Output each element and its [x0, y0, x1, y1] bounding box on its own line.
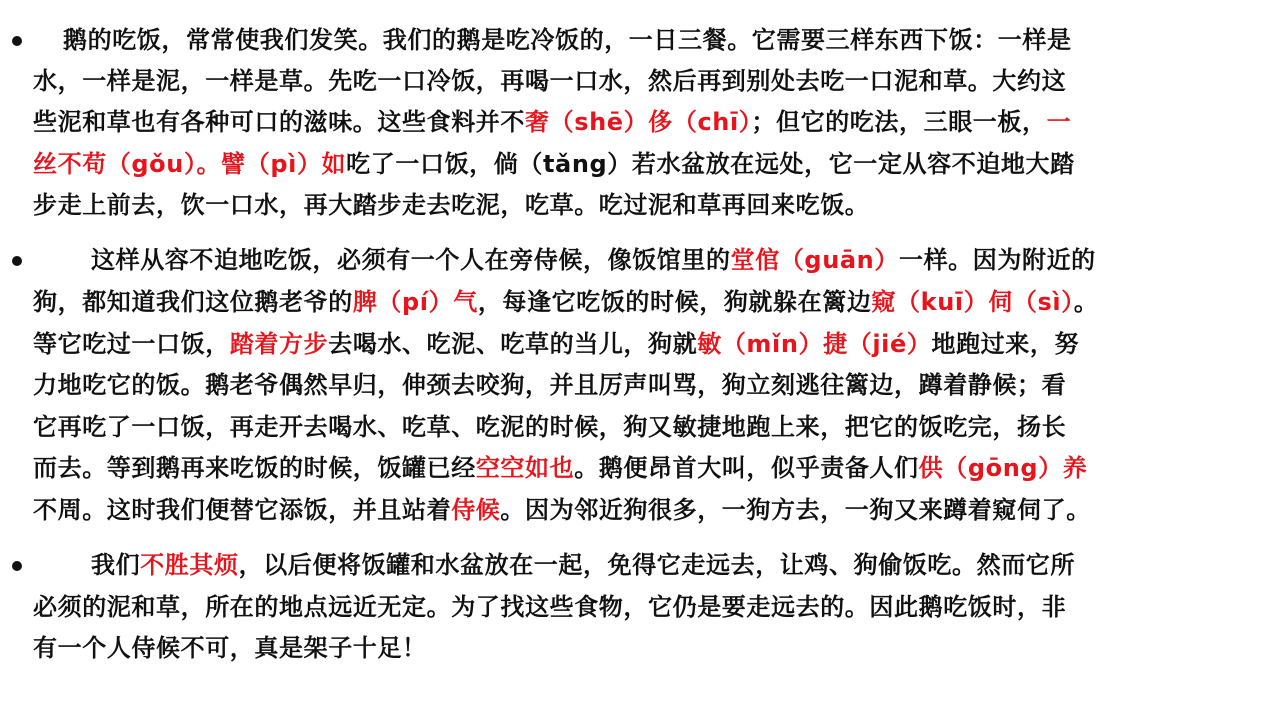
text-segment: 这样从容不迫地吃饭，必须有一个人在旁侍候，像饭馆里的 [91, 246, 731, 274]
text-segment: ，每逢它吃饭的时候，狗就躲在篱边 [478, 288, 872, 316]
text-line: 必须的泥和草，所在的地点远近无定。为了找这些食物，它仍是要走远去的。因此鹅吃饭时… [33, 592, 1066, 622]
text-line: 等它吃过一口饭，踏着方步去喝水、吃泥、吃草的当儿，狗就敏（mǐn）捷（jié）地… [33, 329, 1079, 359]
text-segment: 步走上前去，饮一口水，再大踏步走去吃泥，吃草。吃过泥和草再回来吃饭。 [33, 191, 869, 219]
text-line: 它再吃了一口饭，再走开去喝水、吃草、吃泥的时候，狗又敏捷地跑上来，把它的饭吃完，… [33, 412, 1066, 442]
bullet-icon [12, 561, 22, 571]
text-segment: 不周。这时我们便替它添饭，并且站着 [33, 496, 451, 524]
highlighted-vocabulary: 侍候 [451, 496, 500, 524]
text-segment: 吃了一口饭，倘（tǎng）若水盆放在远处，它一定从容不迫地大踏 [346, 150, 1075, 178]
text-line: 我们不胜其烦，以后便将饭罐和水盆放在一起，免得它走远去，让鸡、狗偷饭吃。然而它所 [91, 550, 1075, 580]
text-segment: 一样。因为附近的 [899, 246, 1096, 274]
bullet-icon [12, 256, 22, 266]
text-line: 水，一样是泥，一样是草。先吃一口冷饭，再喝一口水，然后再到别处去吃一口泥和草。大… [33, 66, 1066, 96]
text-line: 丝不苟（gǒu）。譬（pì）如吃了一口饭，倘（tǎng）若水盆放在远处，它一定从… [33, 149, 1075, 179]
highlighted-vocabulary: 一 [1047, 108, 1072, 136]
text-segment: 狗，都知道我们这位鹅老爷的 [33, 288, 353, 316]
text-segment: 地跑过来，努 [931, 330, 1079, 358]
highlighted-vocabulary: 供（gōng）养 [919, 454, 1088, 482]
text-segment: 而去。等到鹅再来吃饭的时候，饭罐已经 [33, 454, 476, 482]
text-segment: 。 [1074, 288, 1099, 316]
text-line: 不周。这时我们便替它添饭，并且站着侍候。因为邻近狗很多，一狗方去，一狗又来蹲着窥… [33, 495, 1091, 525]
text-line: 有一个人侍候不可，真是架子十足！ [33, 633, 427, 663]
text-segment: 有一个人侍候不可，真是架子十足！ [33, 634, 427, 662]
highlighted-vocabulary: 踏着方步 [230, 330, 328, 358]
text-line: 这样从容不迫地吃饭，必须有一个人在旁侍候，像饭馆里的堂倌（guān）一样。因为附… [91, 245, 1096, 275]
text-line: 而去。等到鹅再来吃饭的时候，饭罐已经空空如也。鹅便昂首大叫，似乎责备人们供（gō… [33, 453, 1087, 483]
text-segment: 些泥和草也有各种可口的滋味。这些食料并不 [33, 108, 525, 136]
text-line: 些泥和草也有各种可口的滋味。这些食料并不奢（shē）侈（chī）；但它的吃法，三… [33, 107, 1071, 137]
text-segment: 。因为邻近狗很多，一狗方去，一狗又来蹲着窥伺了。 [500, 496, 1090, 524]
highlighted-vocabulary: 脾（pí）气 [353, 288, 478, 316]
highlighted-vocabulary: 空空如也 [476, 454, 574, 482]
text-segment: ；但它的吃法，三眼一板， [751, 108, 1046, 136]
bullet-icon [12, 36, 22, 46]
highlighted-vocabulary: 不胜其烦 [140, 551, 238, 579]
text-segment: 。鹅便昂首大叫，似乎责备人们 [574, 454, 918, 482]
text-segment: 等它吃过一口饭， [33, 330, 230, 358]
highlighted-vocabulary: 窥（kuī）伺（sì） [871, 288, 1073, 316]
text-segment: 必须的泥和草，所在的地点远近无定。为了找这些食物，它仍是要走远去的。因此鹅吃饭时… [33, 593, 1066, 621]
text-line: 鹅的吃饭，常常使我们发笑。我们的鹅是吃冷饭的，一日三餐。它需要三样东西下饭：一样… [63, 25, 1072, 55]
text-segment: 水，一样是泥，一样是草。先吃一口冷饭，再喝一口水，然后再到别处去吃一口泥和草。大… [33, 67, 1066, 95]
text-segment: 力地吃它的饭。鹅老爷偶然早归，伸颈去咬狗，并且厉声叫骂，狗立刻逃往篱边，蹲着静候… [33, 371, 1066, 399]
text-segment: ，以后便将饭罐和水盆放在一起，免得它走远去，让鸡、狗偷饭吃。然而它所 [239, 551, 1075, 579]
highlighted-vocabulary: 敏（mǐn）捷（jié） [697, 330, 931, 358]
text-segment: 它再吃了一口饭，再走开去喝水、吃草、吃泥的时候，狗又敏捷地跑上来，把它的饭吃完，… [33, 413, 1066, 441]
text-line: 力地吃它的饭。鹅老爷偶然早归，伸颈去咬狗，并且厉声叫骂，狗立刻逃往篱边，蹲着静候… [33, 370, 1066, 400]
text-line: 狗，都知道我们这位鹅老爷的脾（pí）气，每逢它吃饭的时候，狗就躲在篱边窥（kuī… [33, 287, 1098, 317]
text-line: 步走上前去，饮一口水，再大踏步走去吃泥，吃草。吃过泥和草再回来吃饭。 [33, 190, 869, 220]
text-segment: 鹅的吃饭，常常使我们发笑。我们的鹅是吃冷饭的，一日三餐。它需要三样东西下饭：一样… [63, 26, 1072, 54]
highlighted-vocabulary: 奢（shē）侈（chī） [525, 108, 751, 136]
highlighted-vocabulary: 堂倌（guān） [731, 246, 899, 274]
text-segment: 去喝水、吃泥、吃草的当儿，狗就 [328, 330, 697, 358]
highlighted-vocabulary: 丝不苟（gǒu）。譬（pì）如 [33, 150, 346, 178]
text-segment: 我们 [91, 551, 140, 579]
